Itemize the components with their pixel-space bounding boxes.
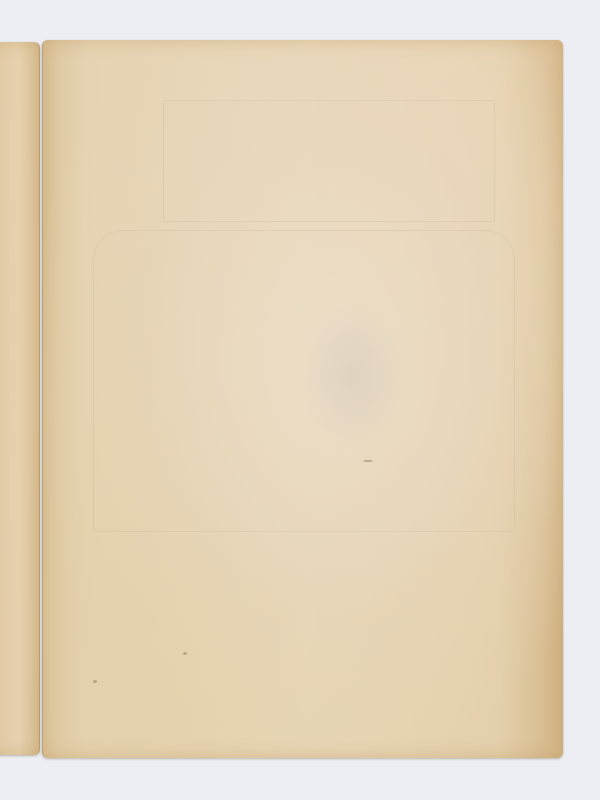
paper-sheet [42,40,563,758]
show-through-figure [298,300,408,450]
show-through-frame-top [163,100,495,222]
foxing-spot [93,680,97,683]
paper-mark [363,460,373,462]
foxing-spot [183,652,187,655]
edge-stain [0,42,39,755]
adjacent-paper-sheet [0,42,40,755]
